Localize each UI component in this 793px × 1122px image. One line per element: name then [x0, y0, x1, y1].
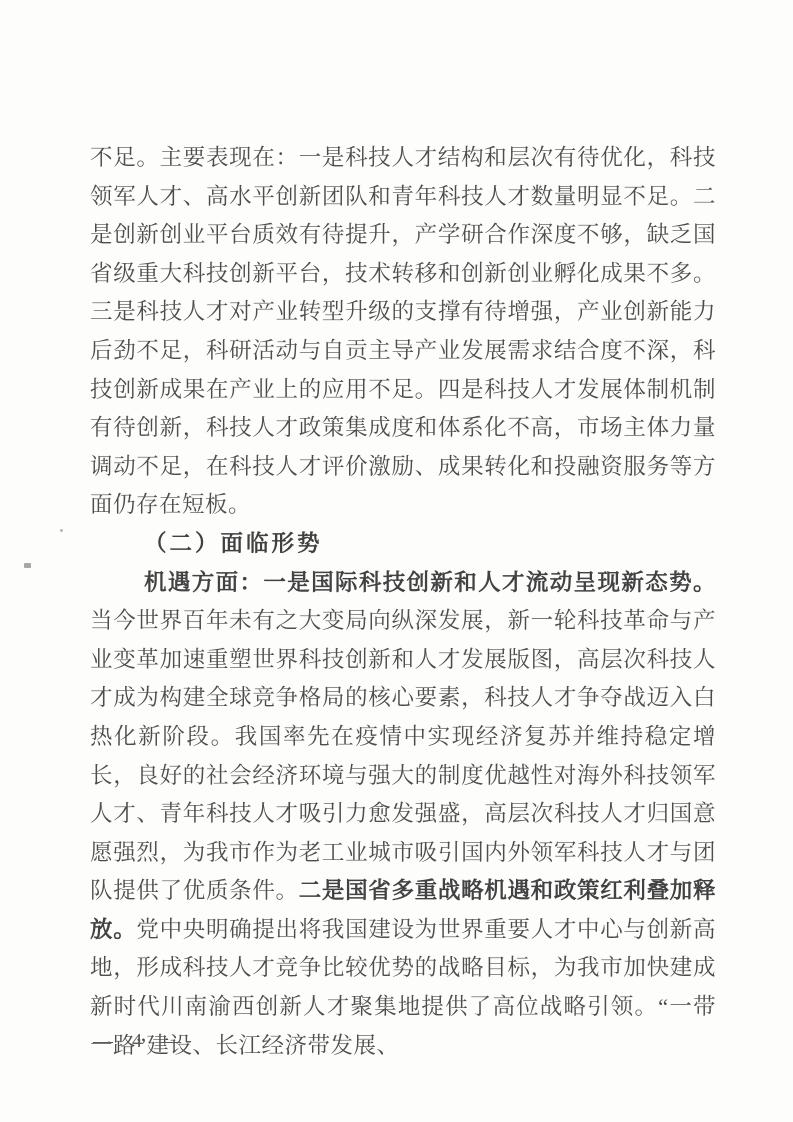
scan-artifact-speck: [24, 563, 31, 568]
page-number: — 4 —: [93, 1030, 188, 1053]
paragraph-opportunities: 机遇方面：一是国际科技创新和人才流动呈现新态势。当今世界百年未有之大变局向纵深发…: [90, 564, 716, 1066]
section-heading: （二）面临形势: [90, 525, 716, 564]
document-page: 不足。主要表现在：一是科技人才结构和层次有待优化，科技领军人才、高水平创新团队和…: [0, 0, 793, 1122]
heading-text: （二）面临形势: [144, 531, 323, 556]
scan-artifact-speck: [60, 529, 63, 532]
paragraph-shortcomings: 不足。主要表现在：一是科技人才结构和层次有待优化，科技领军人才、高水平创新团队和…: [90, 139, 716, 525]
body-text: 当今世界百年未有之大变局向纵深发展，新一轮科技革命与产业变革加速重塑世界科技创新…: [90, 608, 716, 903]
document-body: 不足。主要表现在：一是科技人才结构和层次有待优化，科技领军人才、高水平创新团队和…: [90, 139, 716, 1065]
emphasis-text-opportunity-1: 机遇方面：一是国际科技创新和人才流动呈现新态势。: [144, 570, 716, 595]
body-text: 不足。主要表现在：一是科技人才结构和层次有待优化，科技领军人才、高水平创新团队和…: [90, 145, 716, 517]
